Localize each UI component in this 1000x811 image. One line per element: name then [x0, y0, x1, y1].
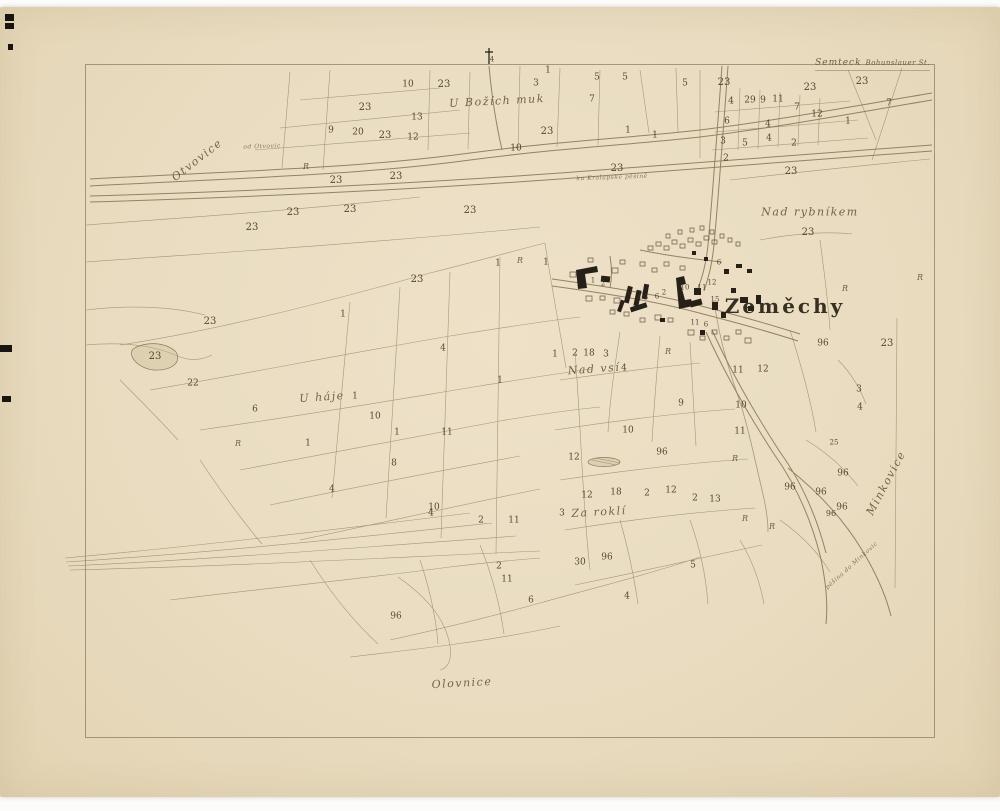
field-label: Otvovice: [170, 137, 225, 183]
corner-note-sub: Bohunslauer St.: [866, 59, 930, 67]
labels-layer: ZeměchyU Božích mukNad rybníkemNad vsíU …: [0, 0, 1000, 811]
corner-note-main: Semteck: [815, 58, 861, 68]
field-label: Nad vsí: [567, 362, 620, 377]
corner-note: SemteckBohunslauer St.: [815, 50, 930, 71]
field-label: Nad rybníkem: [761, 207, 858, 218]
map-sheet: 10233155723139202312R2323232323232310112…: [0, 0, 1000, 811]
town-label: Zeměchy: [725, 296, 846, 316]
field-label: Za roklí: [571, 505, 627, 519]
field-label: U Božích muk: [449, 93, 545, 109]
field-label: ku Kralupské pěšině: [576, 174, 648, 182]
field-label: U háje: [299, 390, 345, 404]
field-label: Minkovice: [864, 449, 907, 517]
field-label: Olovnice: [431, 676, 492, 690]
field-label: od Otvovic: [243, 143, 281, 150]
field-label: pěšina do Minkovic: [825, 541, 880, 591]
